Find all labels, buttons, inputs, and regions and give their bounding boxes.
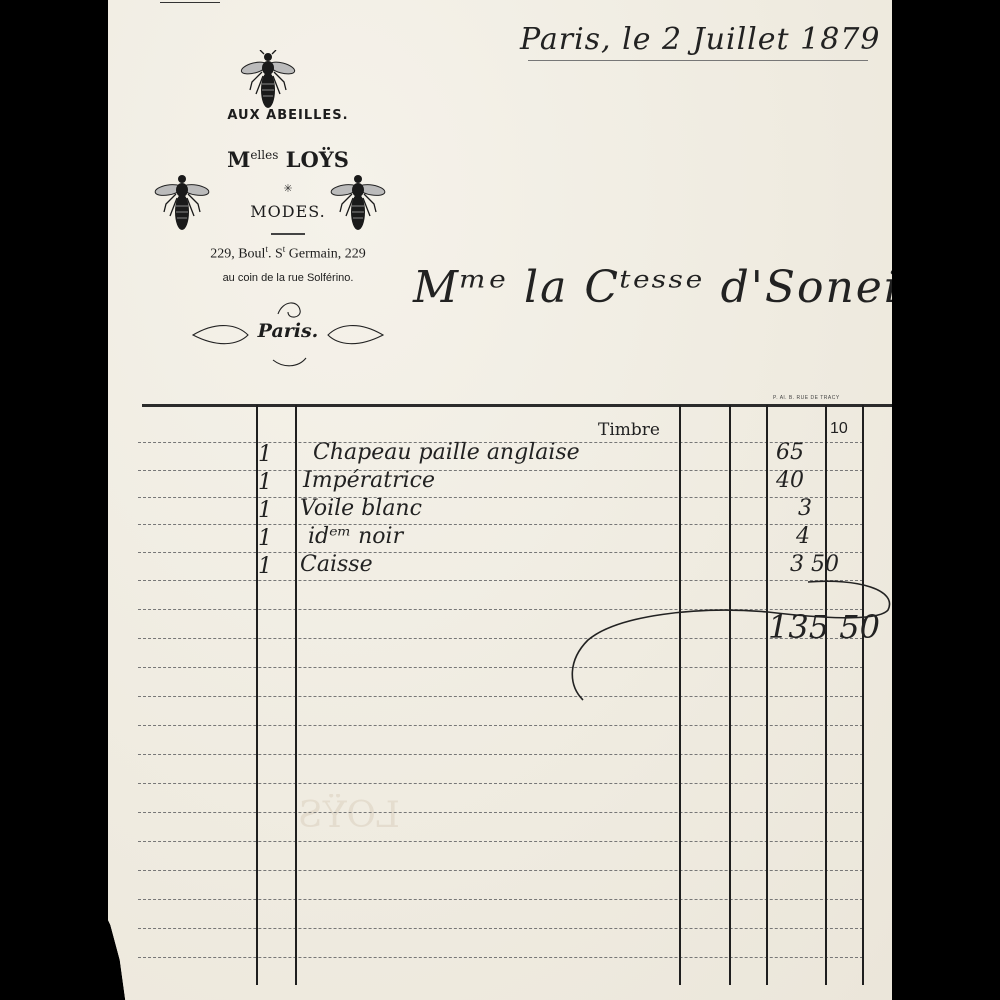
ruled-line [138, 470, 863, 471]
date-underline [528, 60, 868, 61]
ruled-line [138, 899, 863, 900]
proprietor-name: Melles LOŸS [188, 147, 388, 172]
item-amount: 4 [796, 524, 810, 549]
trade-label: MODES. [198, 202, 378, 221]
ruled-line [138, 754, 863, 755]
city-label: Paris. [188, 320, 388, 342]
item-amount: 3 [798, 496, 812, 521]
ruled-line [138, 524, 863, 525]
divider [271, 233, 305, 235]
item-qty: 1 [258, 554, 272, 579]
bleed-through-watermark: LOŸS [298, 795, 400, 836]
ledger-top-rule [142, 404, 892, 407]
item-description: Chapeau paille anglaise [313, 440, 580, 465]
item-qty: 1 [258, 498, 272, 523]
column-line [295, 405, 297, 985]
invoice-paper: LOŸS AUX ABEILLES. Melles LOŸS ✳ MODES. … [108, 0, 892, 1000]
ruled-line [138, 870, 863, 871]
item-qty: 1 [258, 442, 272, 467]
ruled-line [138, 497, 863, 498]
printer-mark: P. Al. B. RUE DE TRACY [773, 395, 840, 401]
item-amount: 40 [776, 468, 804, 493]
item-description: Impératrice [303, 468, 435, 493]
shop-sign: AUX ABEILLES. [208, 108, 368, 123]
corner-note: au coin de la rue Solférino. [148, 272, 428, 284]
ruled-line [138, 552, 863, 553]
timbre-amount: 10 [830, 420, 848, 438]
item-description: Caisse [300, 552, 373, 577]
invoice-total: 135 50 [768, 608, 880, 646]
addressee: Mᵐᵉ la Cᵗᵉˢˢᵉ d'Sonein Dᵗ [413, 262, 996, 313]
ruled-line [138, 725, 863, 726]
timbre-label: Timbre [598, 420, 660, 440]
top-edge-mark [160, 2, 220, 3]
ruled-line [138, 841, 863, 842]
ruled-line [138, 957, 863, 958]
ruled-line [138, 928, 863, 929]
bee-icon [240, 50, 296, 114]
item-description: idᵉᵐ noir [308, 524, 403, 549]
invoice-date: Paris, le 2 Juillet 1879 [520, 22, 880, 57]
ornament-icon: ✳ [268, 182, 308, 195]
item-qty: 1 [258, 470, 272, 495]
shop-address: 229, Boult. St Germain, 229 [148, 244, 428, 263]
ruled-line [138, 812, 863, 813]
item-description: Voile blanc [300, 496, 422, 521]
ruled-line [138, 783, 863, 784]
item-amount: 65 [776, 440, 804, 465]
item-qty: 1 [258, 526, 272, 551]
